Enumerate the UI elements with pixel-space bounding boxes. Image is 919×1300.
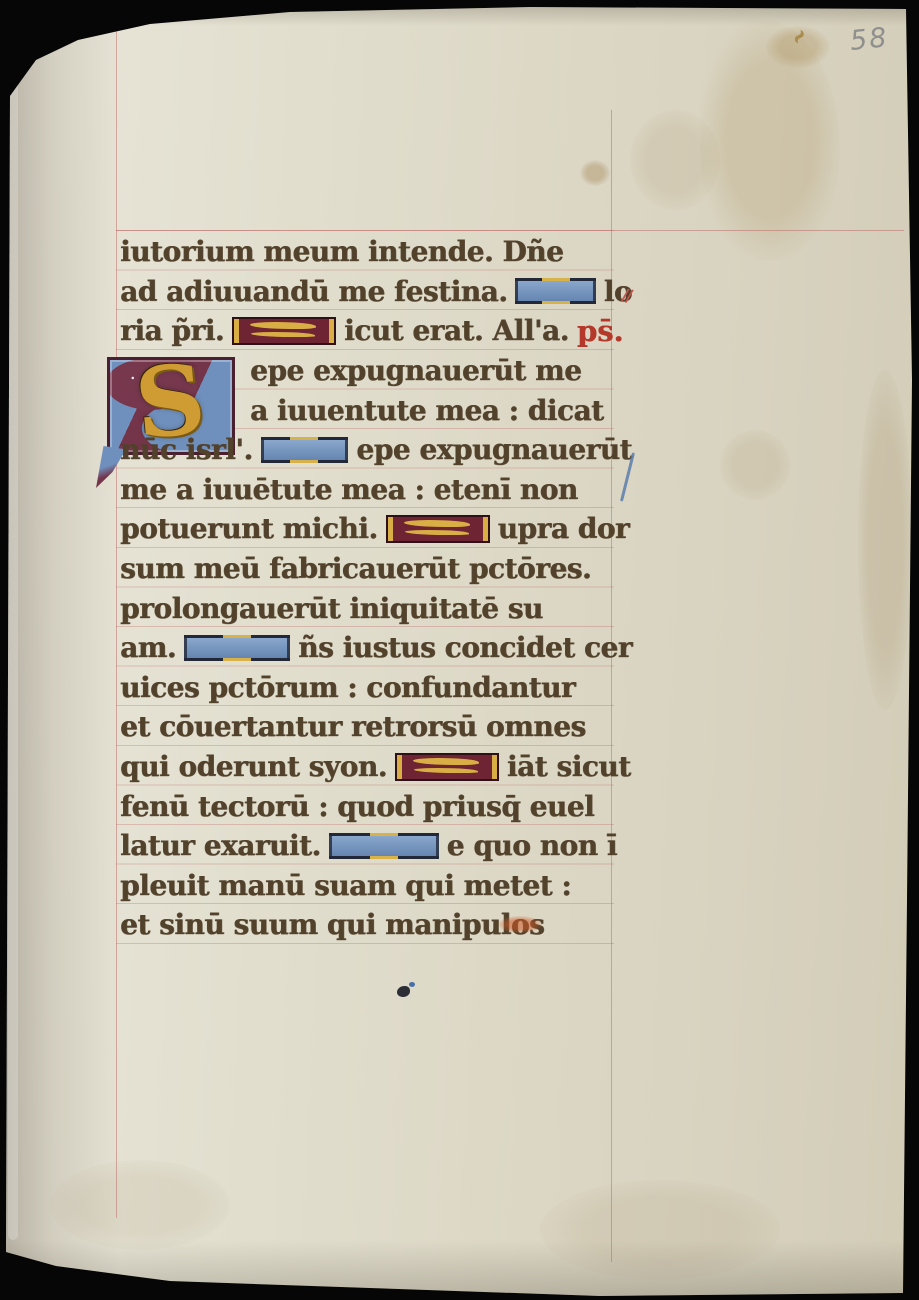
line-text: upra dor <box>498 512 630 545</box>
line-filler-gold <box>232 317 336 345</box>
manuscript-line: qui oderunt syon.iāt sicut <box>120 747 632 787</box>
line-filler-blue <box>329 833 439 859</box>
line-text: prolongauerūt iniquitatē su <box>120 592 543 625</box>
stain <box>580 160 610 186</box>
line-text: ad adiuuandū me festina. <box>120 275 507 308</box>
parchment-page: S iutorium meum intende. Dñead adiuuandū… <box>0 0 919 1300</box>
orange-pigment-smudge <box>498 916 542 933</box>
page-edge-highlight <box>8 60 18 1240</box>
line-text: fenū tectorū : quod priusq̄ euel <box>120 790 594 823</box>
manuscript-line: sum meū fabricauerūt pctōres. <box>120 549 632 589</box>
manuscript-line: pleuit manū suam qui metet : <box>120 866 632 906</box>
line-text: et cōuertantur retrorsū omnes <box>120 710 586 743</box>
line-text: qui oderunt syon. <box>120 750 387 783</box>
line-filler-blue <box>261 437 349 463</box>
manuscript-photo: S iutorium meum intende. Dñead adiuuandū… <box>0 0 919 1300</box>
line-text: icut erat. All'a. <box>344 314 569 347</box>
line-text: latur exaruit. <box>120 829 321 862</box>
stain <box>858 370 912 710</box>
manuscript-line: me a iuuētute mea : etenī non <box>120 470 632 510</box>
line-text: epe expugnauerūt <box>356 433 632 466</box>
manuscript-line: latur exaruit.e quo non ī <box>120 826 632 866</box>
line-text: potuerunt michi. <box>120 512 378 545</box>
spine-fold-shadow <box>0 0 120 1300</box>
line-text: ria p̃ri. <box>120 314 224 347</box>
folio-number: 58 <box>848 22 889 57</box>
manuscript-line: iutorium meum intende. Dñe <box>120 232 632 272</box>
line-filler-blue <box>184 635 290 661</box>
rubric-psalm-abbrev: ps̄. <box>577 314 624 348</box>
manuscript-line: am.ñs iustus concidet cer <box>120 628 632 668</box>
manuscript-line: nūc isrl'.epe expugnauerūt <box>120 430 632 470</box>
line-filler-blue <box>515 278 595 304</box>
manuscript-line: a iuuentute mea : dicat <box>250 390 632 430</box>
stain <box>630 110 720 210</box>
line-text: pleuit manū suam qui metet : <box>120 869 571 902</box>
line-text: nūc isrl'. <box>120 433 253 466</box>
text-block: iutorium meum intende. Dñead adiuuandū m… <box>120 232 632 946</box>
line-text: me a iuuētute mea : etenī non <box>120 473 578 506</box>
line-text: am. <box>120 631 176 664</box>
line-filler-gold <box>395 753 499 781</box>
stain <box>50 1160 230 1250</box>
line-filler-gold <box>386 515 490 543</box>
top-edge-shadow <box>0 0 919 26</box>
stain <box>540 1180 780 1280</box>
manuscript-line: et cōuertantur retrorsū omnes <box>120 707 632 747</box>
manuscript-line: et sinū suum qui manipulos <box>120 905 632 945</box>
line-text: a iuuentute mea : dicat <box>250 394 603 427</box>
ink-blot <box>397 986 410 997</box>
manuscript-line: prolongauerūt iniquitatē su <box>120 588 632 628</box>
line-text: epe expugnauerūt me <box>250 354 581 387</box>
manuscript-line: potuerunt michi.upra dor <box>120 509 632 549</box>
line-text: e quo non ī <box>447 829 617 862</box>
line-text: iāt sicut <box>507 750 631 783</box>
manuscript-line: uices pctōrum : confundantur <box>120 668 632 708</box>
line-text: iutorium meum intende. Dñe <box>120 235 563 268</box>
ink-blot-blue-dot <box>409 982 415 987</box>
stain <box>720 430 790 500</box>
manuscript-line: ria p̃ri.icut erat. All'a.ps̄. <box>120 311 632 351</box>
line-text: uices pctōrum : confundantur <box>120 671 575 704</box>
manuscript-line: ad adiuuandū me festina.lo <box>120 272 632 312</box>
manuscript-line: epe expugnauerūt me <box>250 351 632 391</box>
line-text: ñs iustus concidet cer <box>298 631 632 664</box>
line-text: et sinū suum qui manipulos <box>120 908 544 941</box>
manuscript-line: fenū tectorū : quod priusq̄ euel <box>120 786 632 826</box>
line-text: sum meū fabricauerūt pctōres. <box>120 552 591 585</box>
